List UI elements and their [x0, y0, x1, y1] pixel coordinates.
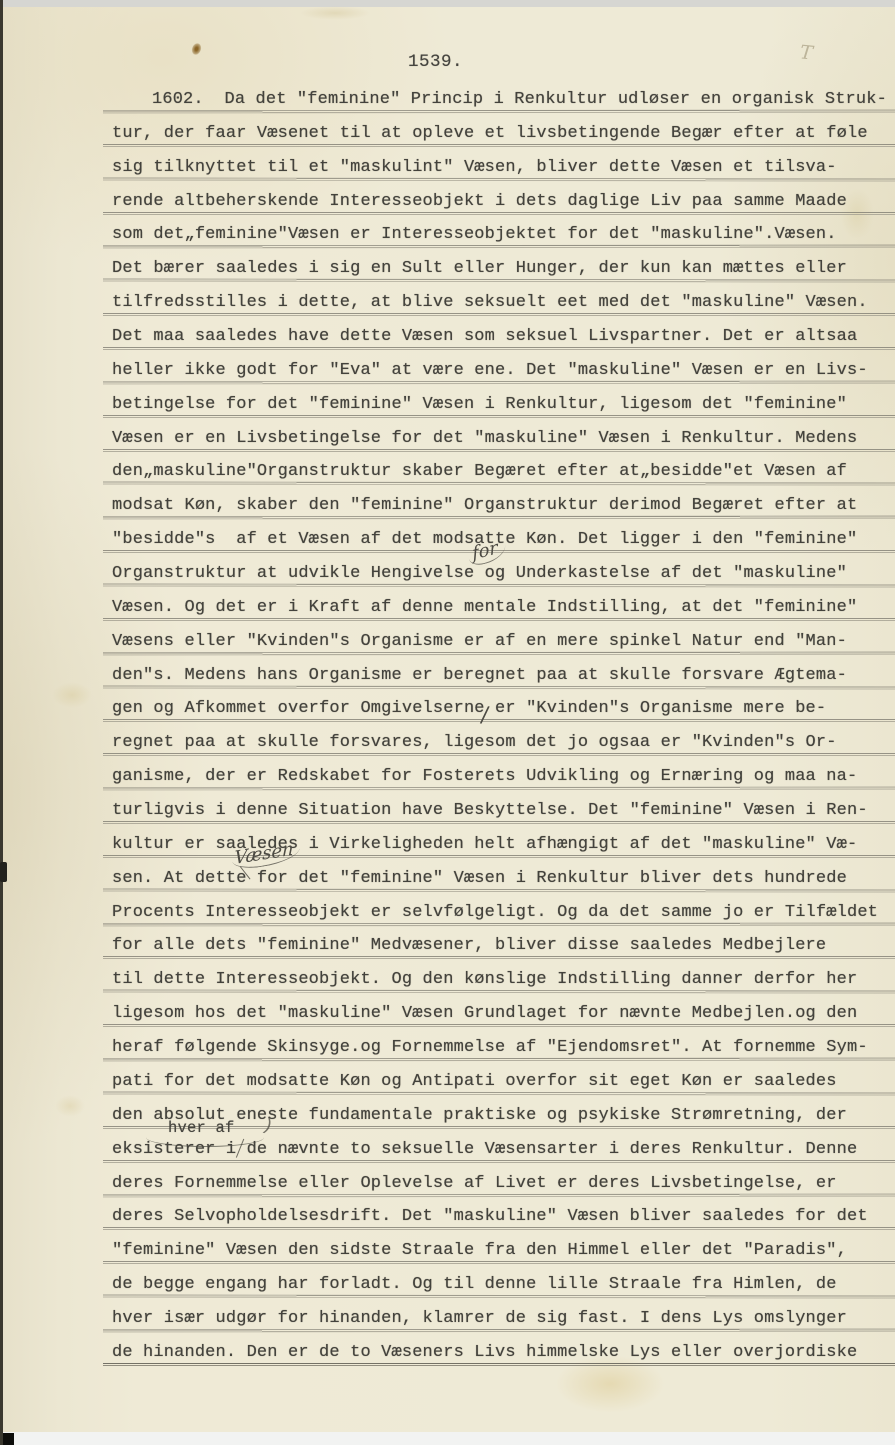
- text-line-content: modsat Køn, skaber den "feminine" Organs…: [112, 496, 857, 515]
- text-line-content: rende altbeherskende Interesseobjekt i d…: [112, 192, 847, 211]
- text-line: rende altbeherskende Interesseobjekt i d…: [112, 191, 895, 225]
- text-line-content: Væsen. Og det er i Kraft af denne mental…: [112, 598, 857, 617]
- text-line-content: Det maa saaledes have dette Væsen som se…: [112, 327, 857, 346]
- text-line-content: Væsen er en Livsbetingelse for det "mask…: [112, 429, 857, 448]
- text-line: for alle dets "feminine" Medvæsener, bli…: [112, 935, 895, 969]
- text-line: Væsen. Og det er i Kraft af denne mental…: [112, 597, 895, 631]
- text-line: sen. At dette for det "feminine" Væsen i…: [112, 868, 895, 902]
- paper-stain: [300, 6, 370, 20]
- text-line-content: ganisme, der er Redskabet for Fosterets …: [112, 767, 857, 786]
- text-line-content: som det„feminine"Væsen er Interesseobjek…: [112, 225, 837, 244]
- text-line: tur, der faar Væsenet til at opleve et l…: [112, 123, 895, 157]
- scan-edge-top: [0, 0, 895, 7]
- text-line-content: "besidde"s af et Væsen af det modsatte K…: [112, 530, 857, 549]
- text-line-content: kultur er saaledes i Virkeligheden helt …: [112, 835, 857, 854]
- text-line-content: betingelse for det "feminine" Væsen i Re…: [112, 395, 847, 414]
- paper-stain: [55, 1095, 85, 1117]
- text-line-content: pati for det modsatte Køn og Antipati ov…: [112, 1072, 837, 1091]
- text-line: deres Selvopholdelsesdrift. Det "maskuli…: [112, 1206, 895, 1240]
- text-line: ganisme, der er Redskabet for Fosterets …: [112, 766, 895, 800]
- text-line: sig tilknyttet til et "maskulint" Væsen,…: [112, 157, 895, 191]
- text-line-content: 1602. Da det "feminine" Princip i Renkul…: [152, 90, 887, 109]
- text-line-content: deres Selvopholdelsesdrift. Det "maskuli…: [112, 1207, 868, 1226]
- text-line: heraf følgende Skinsyge.og Fornemmelse a…: [112, 1037, 895, 1071]
- text-line-content: heraf følgende Skinsyge.og Fornemmelse a…: [112, 1038, 868, 1057]
- text-line: de begge engang har forladt. Og til denn…: [112, 1274, 895, 1308]
- text-line-content: Det bærer saaledes i sig en Sult eller H…: [112, 259, 847, 278]
- text-line-content: turligvis i denne Situation have Beskytt…: [112, 801, 868, 820]
- text-line-content: hver især udgør for hinanden, klamrer de…: [112, 1309, 847, 1328]
- scanned-typewritten-page: 1539. T 1602. Da det "feminine" Princip …: [0, 0, 895, 1445]
- text-line-content: "feminine" Væsen den sidste Straale fra …: [112, 1241, 847, 1260]
- text-line-content: eksisterer i de nævnte to seksuelle Væse…: [112, 1140, 857, 1159]
- pencil-mark: T: [799, 41, 814, 64]
- text-line: som det„feminine"Væsen er Interesseobjek…: [112, 224, 895, 258]
- text-line-content: Organstruktur at udvikle Hengivelse og U…: [112, 564, 847, 583]
- text-line-content: de hinanden. Den er de to Væseners Livs …: [112, 1343, 857, 1362]
- page-number: 1539.: [408, 52, 463, 72]
- text-line: Væsens eller "Kvinden"s Organisme er af …: [112, 631, 895, 665]
- text-line-content: deres Fornemmelse eller Oplevelse af Liv…: [112, 1174, 837, 1193]
- text-line: "feminine" Væsen den sidste Straale fra …: [112, 1240, 895, 1274]
- text-line: eksisterer i de nævnte to seksuelle Væse…: [112, 1139, 895, 1173]
- text-line-content: gen og Afkommet overfor Omgivelserne er …: [112, 699, 826, 718]
- text-line-content: den„maskuline"Organstruktur skaber Begær…: [112, 462, 847, 481]
- text-line-content: ligesom hos det "maskuline" Væsen Grundl…: [112, 1004, 857, 1023]
- text-line: de hinanden. Den er de to Væseners Livs …: [112, 1342, 895, 1376]
- scan-edge-left: [0, 0, 3, 1445]
- text-line-content: Væsens eller "Kvinden"s Organisme er af …: [112, 632, 847, 651]
- text-line: kultur er saaledes i Virkeligheden helt …: [112, 834, 895, 868]
- scan-edge-blemish: [0, 862, 7, 882]
- text-line-content: heller ikke godt for "Eva" at være ene. …: [112, 361, 868, 380]
- text-line: 1602. Da det "feminine" Princip i Renkul…: [112, 89, 895, 123]
- text-line: den"s. Medens hans Organisme er beregnet…: [112, 665, 895, 699]
- text-line-content: den"s. Medens hans Organisme er beregnet…: [112, 666, 847, 685]
- text-line: modsat Køn, skaber den "feminine" Organs…: [112, 495, 895, 529]
- text-line: Organstruktur at udvikle Hengivelse og U…: [112, 563, 895, 597]
- scan-edge-bottom: [0, 1432, 895, 1445]
- text-line: Procents Interesseobjekt er selvfølgelig…: [112, 902, 895, 936]
- text-line: "besidde"s af et Væsen af det modsatte K…: [112, 529, 895, 563]
- text-line: Væsen er en Livsbetingelse for det "mask…: [112, 428, 895, 462]
- text-line: til dette Interesseobjekt. Og den kønsli…: [112, 969, 895, 1003]
- text-line: heller ikke godt for "Eva" at være ene. …: [112, 360, 895, 394]
- text-line-content: Procents Interesseobjekt er selvfølgelig…: [112, 903, 878, 922]
- typewritten-paragraph: 1602. Da det "feminine" Princip i Renkul…: [112, 89, 895, 1376]
- text-line: den„maskuline"Organstruktur skaber Begær…: [112, 461, 895, 495]
- text-line: betingelse for det "feminine" Væsen i Re…: [112, 394, 895, 428]
- text-line: Det bærer saaledes i sig en Sult eller H…: [112, 258, 895, 292]
- text-line-content: sen. At dette for det "feminine" Væsen i…: [112, 869, 847, 888]
- text-line: gen og Afkommet overfor Omgivelserne er …: [112, 698, 895, 732]
- text-line: regnet paa at skulle forsvares, ligesom …: [112, 732, 895, 766]
- text-line-content: tur, der faar Væsenet til at opleve et l…: [112, 124, 868, 143]
- text-line-content: regnet paa at skulle forsvares, ligesom …: [112, 733, 837, 752]
- paper-stain: [52, 682, 92, 708]
- text-line: hver især udgør for hinanden, klamrer de…: [112, 1308, 895, 1342]
- text-line-content: for alle dets "feminine" Medvæsener, bli…: [112, 936, 826, 955]
- text-line-content: den absolut eneste fundamentale praktisk…: [112, 1106, 847, 1125]
- text-line: tilfredsstilles i dette, at blive seksue…: [112, 292, 895, 326]
- text-line: den absolut eneste fundamentale praktisk…: [112, 1105, 895, 1139]
- text-line: ligesom hos det "maskuline" Væsen Grundl…: [112, 1003, 895, 1037]
- text-line: Det maa saaledes have dette Væsen som se…: [112, 326, 895, 360]
- text-line: pati for det modsatte Køn og Antipati ov…: [112, 1071, 895, 1105]
- ink-stain: [190, 42, 203, 56]
- text-line: turligvis i denne Situation have Beskytt…: [112, 800, 895, 834]
- text-line-content: sig tilknyttet til et "maskulint" Væsen,…: [112, 158, 837, 177]
- text-line-content: tilfredsstilles i dette, at blive seksue…: [112, 293, 868, 312]
- text-line-content: til dette Interesseobjekt. Og den kønsli…: [112, 970, 857, 989]
- text-line-content: de begge engang har forladt. Og til denn…: [112, 1275, 837, 1294]
- text-line: deres Fornemmelse eller Oplevelse af Liv…: [112, 1173, 895, 1207]
